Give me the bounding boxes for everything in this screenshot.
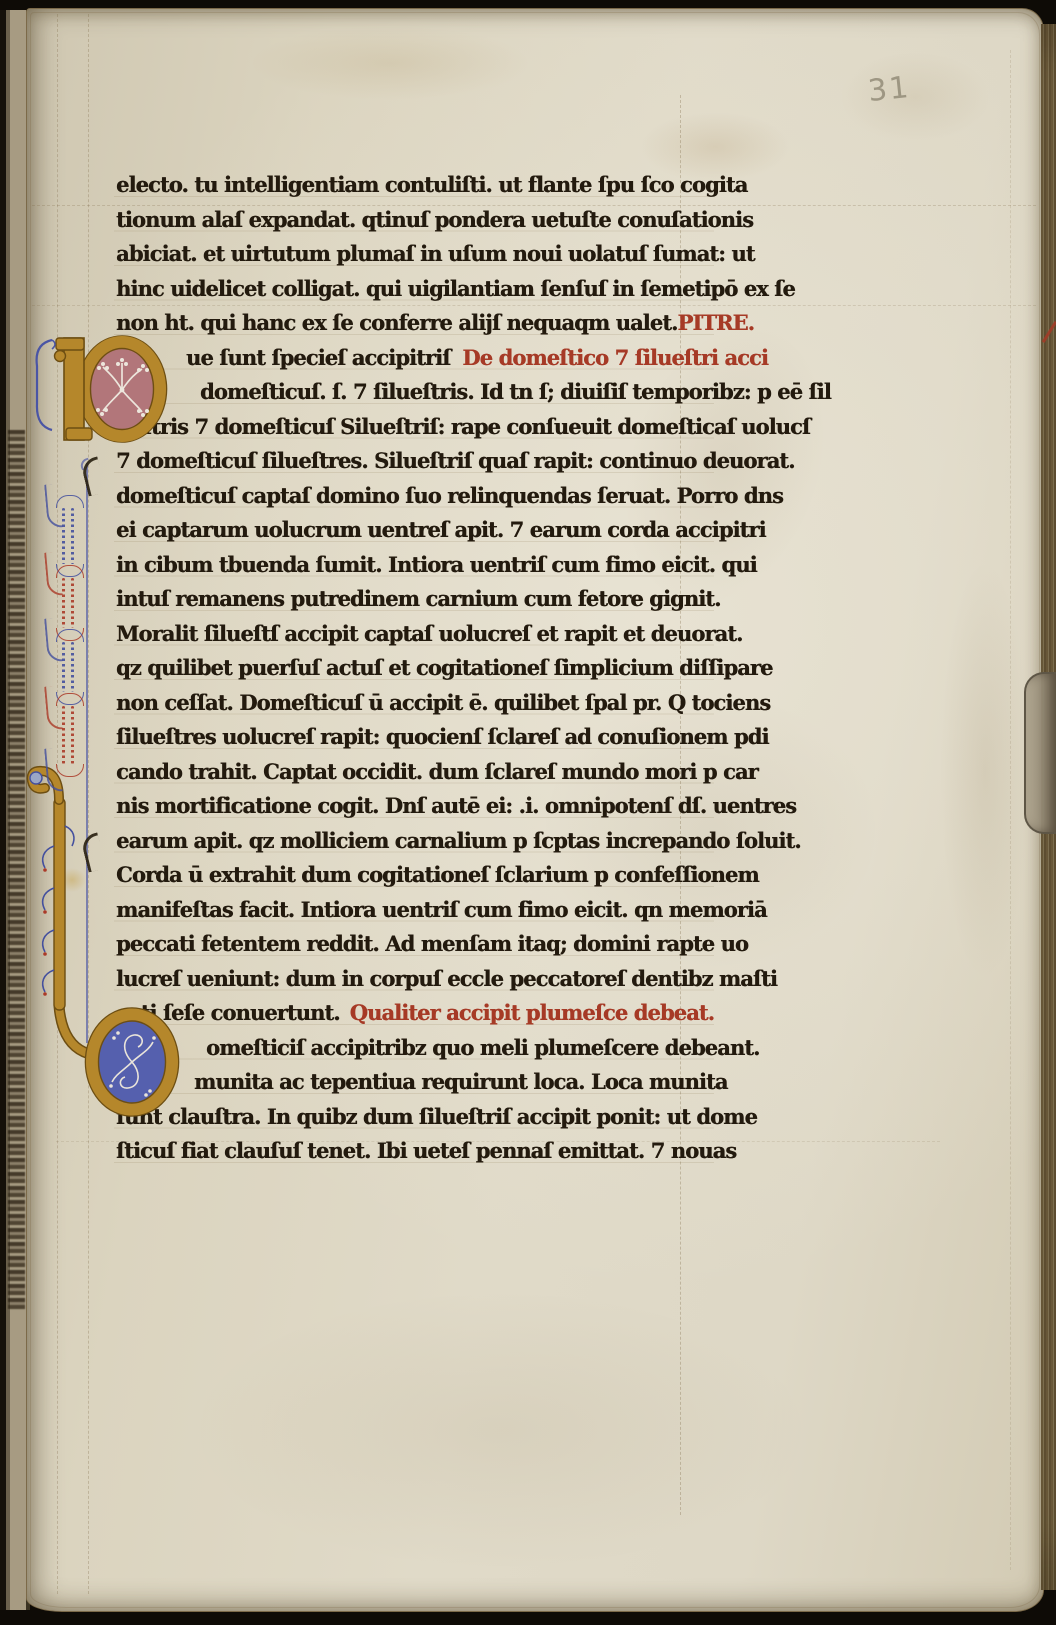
- text-line: abiciat. et uirtutum plumaſ in uſum noui…: [116, 237, 710, 272]
- body-text: Moralit ſilueſtſ accipit captaſ uolucreſ…: [116, 621, 742, 646]
- text-line: 7 domeſticuſ ſilueſtres. Silueſtriſ quaſ…: [116, 444, 710, 479]
- body-text: tionum alaſ expandat. qtinuſ pondera uet…: [116, 207, 753, 232]
- body-text: ſunt clauſtra. In quibz dum ſilueſtriſ a…: [116, 1104, 757, 1129]
- text-line: ei captarum uolucrum uentreſ apit. 7 ear…: [116, 513, 710, 548]
- text-line: tionum alaſ expandat. qtinuſ pondera uet…: [116, 203, 710, 238]
- text-line: earum apit. qz molliciem carnalium p ſcp…: [116, 824, 710, 859]
- marginal-note: [62, 508, 80, 564]
- clasp-tab: [1024, 672, 1056, 834]
- body-text: abiciat. et uirtutum plumaſ in uſum noui…: [116, 241, 755, 266]
- body-text: peccati fetentem reddit. Ad menſam itaq;…: [116, 931, 748, 956]
- marginal-note: [62, 578, 80, 628]
- rubric-text: De domeſtico 7 ſilueſtri acci: [462, 345, 768, 370]
- text-line: in cibum tbuenda ſumit. Intiora uentriſ …: [116, 548, 710, 583]
- text-line: ſticuſ fiat clauſuſ tenet. Ibi ueteſ pen…: [116, 1134, 710, 1169]
- flourish-blob: [30, 772, 42, 784]
- body-text: ueſtris 7 domeſticuſ Silueſtriſ: rape co…: [116, 414, 810, 439]
- marginal-note: [62, 706, 80, 764]
- body-text: 7 domeſticuſ ſilueſtres. Silueſtriſ quaſ…: [116, 448, 795, 473]
- body-text: munita ac tepentiua requirunt loca. Loca…: [194, 1069, 727, 1094]
- marginal-note: [62, 642, 80, 692]
- text-line: Corda ū extrahit dum cogitationeſ ſclari…: [116, 858, 710, 893]
- text-block: electo. tu intelligentiam contuliſti. ut…: [116, 168, 710, 1169]
- body-text: earum apit. qz molliciem carnalium p ſcp…: [116, 828, 801, 853]
- blue-flourish-bracket: [30, 336, 56, 436]
- text-line: cati ſeſe conuertunt.Qualiter accipit pl…: [116, 996, 710, 1031]
- text-line: ue ſunt ſpecieſ accipitriſDe domeſtico 7…: [116, 341, 710, 376]
- body-text: hinc uidelicet colligat. qui uigilantiam…: [116, 276, 795, 301]
- text-line: cando trahit. Captat occidit. dum ſclare…: [116, 755, 710, 790]
- text-line: qz quilibet puerſuſ actuſ et cogitatione…: [116, 651, 710, 686]
- body-text: manifeſtas facit. Intiora uentriſ cum fi…: [116, 897, 767, 922]
- illuminated-initial-D-rose: [56, 330, 168, 448]
- body-text: ei captarum uolucrum uentreſ apit. 7 ear…: [116, 517, 766, 542]
- text-line: munita ac tepentiua requirunt loca. Loca…: [116, 1065, 710, 1100]
- text-line: hinc uidelicet colligat. qui uigilantiam…: [116, 272, 710, 307]
- body-text: electo. tu intelligentiam contuliſti. ut…: [116, 172, 747, 197]
- body-text: omeſticiſ accipitribz quo meli plumeſcer…: [206, 1035, 759, 1060]
- text-line: manifeſtas facit. Intiora uentriſ cum fi…: [116, 893, 710, 928]
- text-line: ſunt clauſtra. In quibz dum ſilueſtriſ a…: [116, 1100, 710, 1135]
- text-line: ſilueſtres uolucreſ rapit: quocienſ ſcla…: [116, 720, 710, 755]
- body-text: lucreſ ueniunt: dum in corpuſ eccle pecc…: [116, 966, 777, 991]
- body-text: domeſticuſ. ſ. 7 ſilueſtris. Id tn ſ; di…: [200, 379, 831, 404]
- text-line: domeſticuſ captaſ domino ſuo relinquenda…: [116, 479, 710, 514]
- ruled-vertical-line: [1010, 50, 1011, 1570]
- text-line: omeſticiſ accipitribz quo meli plumeſcer…: [116, 1031, 710, 1066]
- body-text: cando trahit. Captat occidit. dum ſclare…: [116, 759, 758, 784]
- body-text: Corda ū extrahit dum cogitationeſ ſclari…: [116, 862, 759, 887]
- rubric-text: Qualiter accipit plumeſce debeat.: [350, 1000, 714, 1025]
- text-line: lucreſ ueniunt: dum in corpuſ eccle pecc…: [116, 962, 710, 997]
- text-line: non ceſſat. Domeſticuſ ū accipit ē. quil…: [116, 686, 710, 721]
- body-text: ue ſunt ſpecieſ accipitriſ: [186, 345, 450, 370]
- body-text: nis mortificatione cogit. Dnſ autē ei: .…: [116, 793, 796, 818]
- text-line: Moralit ſilueſtſ accipit captaſ uolucreſ…: [116, 617, 710, 652]
- text-line: nis mortificatione cogit. Dnſ autē ei: .…: [116, 789, 710, 824]
- rubric-text: PITRE.: [677, 306, 754, 341]
- body-text: domeſticuſ captaſ domino ſuo relinquenda…: [116, 483, 783, 508]
- text-line: intuſ remanens putredinem carnium cum fe…: [116, 582, 710, 617]
- illuminated-initial-D-blue-with-bar: [28, 756, 180, 1122]
- text-line: peccati fetentem reddit. Ad menſam itaq;…: [116, 927, 710, 962]
- folio-number: 31: [866, 70, 912, 109]
- text-line: electo. tu intelligentiam contuliſti. ut…: [116, 168, 710, 203]
- body-text: ſticuſ fiat clauſuſ tenet. Ibi ueteſ pen…: [116, 1138, 736, 1163]
- body-text: ſilueſtres uolucreſ rapit: quocienſ ſcla…: [116, 724, 769, 749]
- text-line: domeſticuſ. ſ. 7 ſilueſtris. Id tn ſ; di…: [116, 375, 710, 410]
- body-text: intuſ remanens putredinem carnium cum fe…: [116, 586, 720, 611]
- manuscript-photo: { "page": { "folio_number": "31", "descr…: [0, 0, 1056, 1625]
- text-line: non ht. qui hanc ex ſe conferre alijſ ne…: [116, 306, 710, 341]
- text-line: ueſtris 7 domeſticuſ Silueſtriſ: rape co…: [116, 410, 710, 445]
- body-text: in cibum tbuenda ſumit. Intiora uentriſ …: [116, 552, 757, 577]
- body-text: non ceſſat. Domeſticuſ ū accipit ē. quil…: [116, 690, 770, 715]
- marginal-blue-line: [86, 463, 88, 1043]
- body-text: non ht. qui hanc ex ſe conferre alijſ ne…: [116, 306, 677, 341]
- body-text: qz quilibet puerſuſ actuſ et cogitatione…: [116, 655, 772, 680]
- previous-page-text-showthrough: [8, 430, 25, 1310]
